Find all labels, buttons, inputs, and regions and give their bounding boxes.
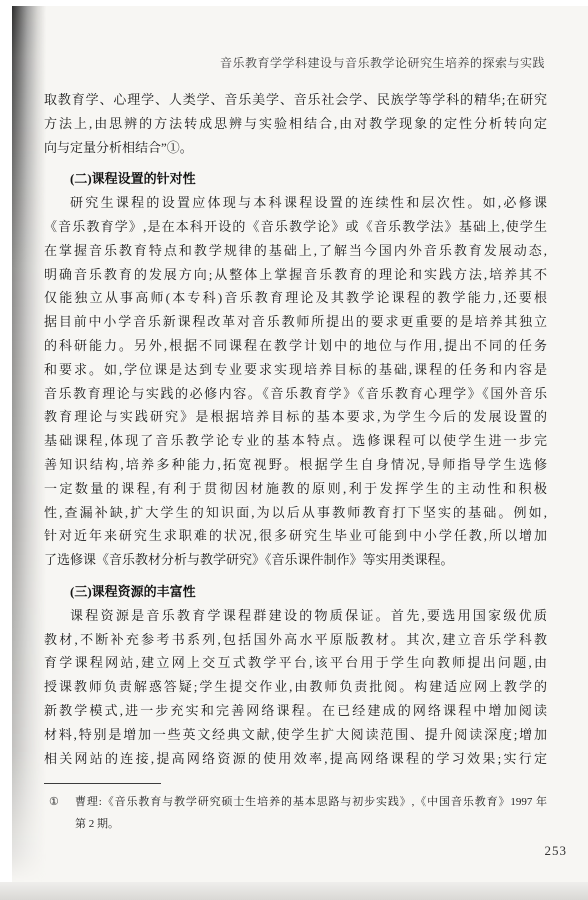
text-line: 一定数量的课程,有利于贯彻因材施教的原则,利于发挥学生的主动性和积极 [44, 477, 547, 501]
text-line: 育学课程网站,建立网上交互式教学平台,该平台用于学生向教师提出问题,由 [44, 651, 547, 675]
text-line: 音乐教育理论与实践的必修内容。《音乐教育学》《音乐教育心理学》《国外音乐 [44, 382, 547, 406]
text-line: 仅能独立从事高师(本专科)音乐教育理论及其教学论课程的教学能力,还要根 [44, 286, 547, 310]
footnote: ① 曹理:《音乐教育与教学研究硕士生培养的基本思路与初步实践》,《中国音乐教育》… [44, 791, 547, 835]
text-line: 相关网站的连接,提高网络资源的使用效率,提高网络课程的学习效果;实行定 [44, 747, 547, 771]
text-line: 材料,特别是增加一些英文经典文献,使学生扩大阅读范围、提升阅读深度;增加 [44, 723, 547, 747]
text-line: 性,查漏补缺,扩大学生的知识面,为以后从事教师教育打下坚实的基础。例如, [44, 501, 547, 525]
footnote-rule [44, 783, 161, 784]
scan-edge-bottom [0, 882, 588, 900]
text-line: 明确音乐教育的发展方向;从整体上掌握音乐教育的理论和实践方法,培养其不 [44, 263, 547, 287]
text-line: 和要求。如,学位课是达到专业要求实现培养目标的基础,课程的任务和内容是 [44, 358, 547, 382]
text-line: 教材,不断补充参考书系列,包括国外高水平原版教材。其次,建立音乐学科教 [44, 628, 547, 652]
text-line: 针对近年来研究生求职难的状况,很多研究生毕业可能到中小学任教,所以增加 [44, 524, 547, 548]
scan-edge-top [0, 0, 588, 6]
text-line: 在掌握音乐教育特点和教学规律的基础上,了解当今国内外音乐教育发展动态, [44, 239, 547, 263]
section-heading-2: (二)课程设置的针对性 [44, 167, 547, 191]
text-line: 新教学模式,进一步充实和完善网络课程。在已经建成的网络课程中增加阅读 [44, 699, 547, 723]
text-line: 了选修课《音乐教材分析与教学研究》《音乐课件制作》等实用类课程。 [44, 548, 547, 572]
body-text: 取教育学、心理学、人类学、音乐美学、音乐社会学、民族学等学科的精华;在研究 方法… [44, 88, 547, 770]
text-line: 的科研能力。另外,根据不同课程在教学计划中的地位与作用,提出不同的任务 [44, 334, 547, 358]
scan-edge-left [0, 0, 12, 900]
text-line: 研究生课程的设置应体现与本科课程设置的连续性和层次性。如,必修课 [44, 191, 547, 215]
text-line: 教育理论与实践研究》是根据培养目标的基本要求,为学生今后的发展设置的 [44, 405, 547, 429]
text-line: 课程资源是音乐教育学课程群建设的物质保证。首先,要选用国家级优质 [44, 604, 547, 628]
footnote-line: 第 2 期。 [75, 813, 547, 835]
footnote-line: 曹理:《音乐教育与教学研究硕士生培养的基本思路与初步实践》,《中国音乐教育》19… [75, 791, 547, 813]
running-header: 音乐教育学学科建设与音乐教学论研究生培养的探索与实践 [125, 56, 545, 71]
text-line: 取教育学、心理学、人类学、音乐美学、音乐社会学、民族学等学科的精华;在研究 [44, 88, 547, 112]
text-line: 向与定量分析相结合”①。 [44, 136, 547, 160]
text-line: 据目前中小学音乐新课程改革对音乐教师所提出的要求更重要的是培养其独立 [44, 310, 547, 334]
page-spine-shadow [12, 6, 46, 882]
scanned-book-page: 音乐教育学学科建设与音乐教学论研究生培养的探索与实践 取教育学、心理学、人类学、… [0, 0, 588, 900]
text-line: 《音乐教育学》,是在本科开设的《音乐教学论》或《音乐教学法》基础上,使学生 [44, 215, 547, 239]
footnote-marker: ① [44, 791, 75, 813]
section-heading-3: (三)课程资源的丰富性 [44, 580, 547, 604]
text-line: 基础课程,体现了音乐教学论专业的基本特点。选修课程可以使学生进一步完 [44, 429, 547, 453]
text-line: 方法上,由思辨的方法转成思辨与实验相结合,由对教学现象的定性分析转向定 [44, 112, 547, 136]
text-line: 善知识结构,培养多种能力,拓宽视野。根据学生自身情况,导师指导学生选修 [44, 453, 547, 477]
page-number: 253 [545, 843, 568, 859]
text-line: 授课教师负责解惑答疑;学生提交作业,由教师负责批阅。构建适应网上教学的 [44, 675, 547, 699]
